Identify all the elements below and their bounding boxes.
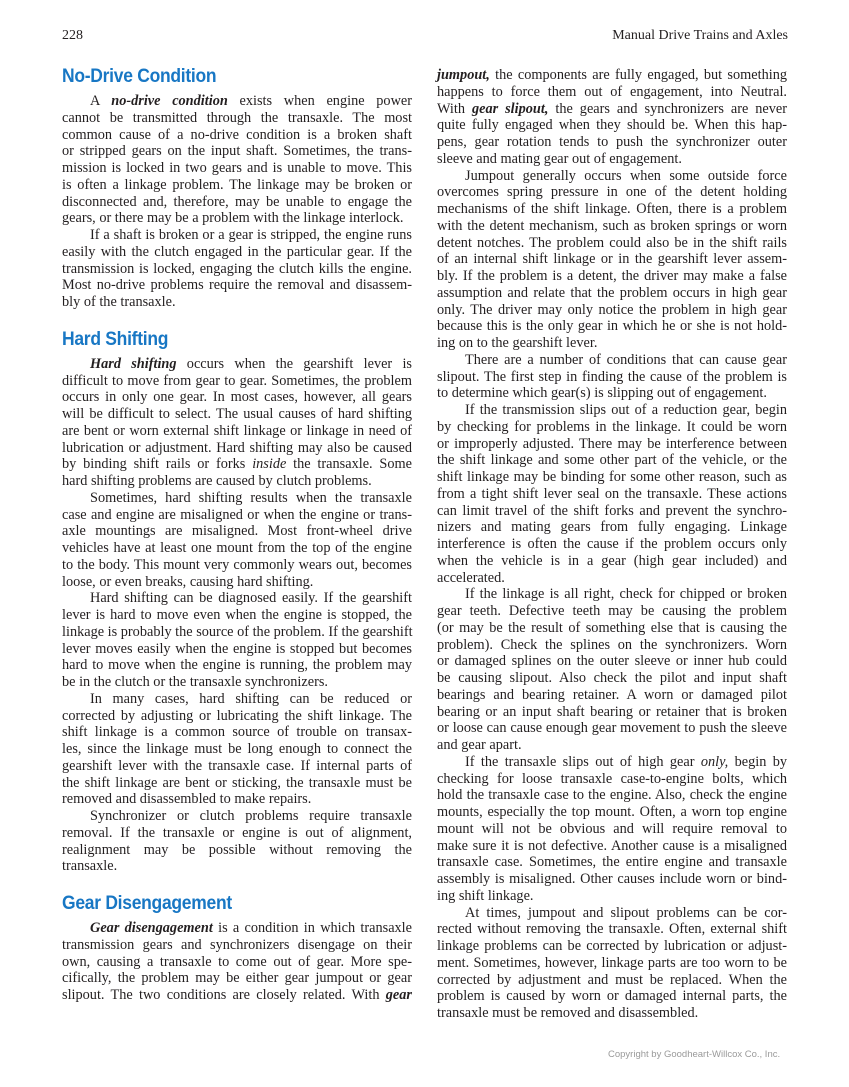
- text-line: accelerated.: [437, 570, 787, 587]
- key-term: jumpout,: [437, 67, 490, 83]
- text-line: Hard shifting can be diagnosed easily. I…: [62, 590, 412, 607]
- text-line: detent notches. The problem could also b…: [437, 235, 787, 252]
- text-line: jumpout, the components are fully engage…: [437, 67, 787, 84]
- text-line: interference is often the cause if the p…: [437, 536, 787, 553]
- text-line: bearings and bearing retainer. A worn or…: [437, 687, 787, 704]
- section-heading-hard-shifting: Hard Shifting: [62, 329, 384, 356]
- text-line: transmission gears and synchronizers dis…: [62, 937, 412, 954]
- paragraph: If the transmission slips out of a reduc…: [437, 402, 787, 586]
- running-title: Manual Drive Trains and Axles: [612, 28, 788, 44]
- text-line: can limit travel of the shift forks and …: [437, 503, 787, 520]
- text-line: of an internal shift linkage or in the g…: [437, 251, 787, 268]
- text-line: nizers and mating gears from fully engag…: [437, 519, 787, 536]
- text-line: will be difficult to select. The usual c…: [62, 406, 412, 423]
- text-line: and gear apart.: [437, 737, 787, 754]
- text-line: slipout. The first step in finding the c…: [437, 369, 787, 386]
- text-line: pens, gear rotation tends to push the sy…: [437, 134, 787, 151]
- text-line: checking for loose transaxle case-to-eng…: [437, 771, 787, 788]
- text-line: to determine which gear(s) is slipping o…: [437, 385, 787, 402]
- key-term: gear: [386, 987, 412, 1003]
- text-line: mechanisms of the shift linkage. Often, …: [437, 201, 787, 218]
- text-line: (or may be the result of something else …: [437, 620, 787, 637]
- text-line: lever is hard to move even when the engi…: [62, 607, 412, 624]
- text-line: transaxle.: [62, 858, 412, 875]
- text-line: mission is locked in two gears and is un…: [62, 160, 412, 177]
- text-line: mounts, especially the top mount. Often,…: [437, 804, 787, 821]
- text-line: ing on to the gearshift lever.: [437, 335, 787, 352]
- text-line: corrected by adjusting or lubricating th…: [62, 708, 412, 725]
- text-line: assumption and relate that the problem o…: [437, 285, 787, 302]
- text-line: hard shifting problems are caused by clu…: [62, 473, 412, 490]
- text-line: with the detent mechanism, such as broke…: [437, 218, 787, 235]
- text-line: happens to force them out of engagement,…: [437, 84, 787, 101]
- text-line: occurs in only one gear. In most cases, …: [62, 389, 412, 406]
- text-line: corrected by adjustment and must be repl…: [437, 972, 787, 989]
- text-line: axle mountings are misaligned. Most fron…: [62, 523, 412, 540]
- text-line: If the transaxle slips out of high gear …: [437, 754, 787, 771]
- text-line: bly. If the problem is a detent, the dri…: [437, 268, 787, 285]
- text-line: realignment may be possible without remo…: [62, 842, 412, 859]
- text-line: because this is the only gear in which h…: [437, 318, 787, 335]
- text-line: gears, or there may be a problem with th…: [62, 210, 412, 227]
- text-line: by checking for problems in the linkage.…: [437, 419, 787, 436]
- text-line: If the transmission slips out of a reduc…: [437, 402, 787, 419]
- text-line: assembly is misaligned. Other causes inc…: [437, 871, 787, 888]
- section-heading-no-drive: No-Drive Condition: [62, 66, 384, 93]
- emphasis: only,: [701, 754, 728, 770]
- paragraph: Synchronizer or clutch problems require …: [62, 808, 412, 875]
- text-line: quite fully engaged when they should be.…: [437, 117, 787, 134]
- paragraph: If the linkage is all right, check for c…: [437, 586, 787, 754]
- text-line: to the body. This mount very commonly we…: [62, 557, 412, 574]
- text-line: or damaged splines on the outer sleeve o…: [437, 653, 787, 670]
- text-line: by binding shift rails or forks inside t…: [62, 456, 412, 473]
- text-line: sleeve and mating gear out of engagement…: [437, 151, 787, 168]
- paragraph: Hard shifting occurs when the gearshift …: [62, 356, 412, 490]
- text-line: hard to move when the engine is running,…: [62, 657, 412, 674]
- emphasis: inside: [252, 456, 286, 472]
- text-line: ing shift linkage.: [437, 888, 787, 905]
- paragraph: A no-drive condition exists when engine …: [62, 93, 412, 227]
- text-line: case and engine are misaligned or when t…: [62, 507, 412, 524]
- text-line: Sometimes, hard shifting results when th…: [62, 490, 412, 507]
- text-line: be in the clutch or the transaxle synchr…: [62, 674, 412, 691]
- paragraph: In many cases, hard shifting can be redu…: [62, 691, 412, 808]
- text-line: problem is caused by worn or damaged int…: [437, 988, 787, 1005]
- text-line: transaxle case. Sometimes, the entire en…: [437, 854, 787, 871]
- text-line: mount will not be obvious and will requi…: [437, 821, 787, 838]
- text-line: make sure it is not defective. Another c…: [437, 838, 787, 855]
- paragraph: Hard shifting can be diagnosed easily. I…: [62, 590, 412, 691]
- text-line: At times, jumpout and slipout problems c…: [437, 905, 787, 922]
- text-line: lubrication or adjustment. Hard shifting…: [62, 440, 412, 457]
- text-line: If the linkage is all right, check for c…: [437, 586, 787, 603]
- text-line: difficult to move from gear to gear. Som…: [62, 373, 412, 390]
- text-line: problem). Check the splines on the synch…: [437, 637, 787, 654]
- paragraph: Gear disengagement is a condition in whi…: [62, 920, 412, 1004]
- text-line: lever moves easily when the engine is st…: [62, 641, 412, 658]
- text-line: transmission is locked, engaging the clu…: [62, 261, 412, 278]
- text-line: slipout. The two conditions are closely …: [62, 987, 412, 1004]
- key-term: Hard shifting: [90, 356, 177, 372]
- paragraph: If a shaft is broken or a gear is stripp…: [62, 227, 412, 311]
- paragraph: Sometimes, hard shifting results when th…: [62, 490, 412, 591]
- text-line: gear teeth. Defective teeth may be causi…: [437, 603, 787, 620]
- text-line: Hard shifting occurs when the gearshift …: [62, 356, 412, 373]
- paragraph: Jumpout generally occurs when some outsi…: [437, 168, 787, 352]
- text-line: common cause of a no-drive condition is …: [62, 127, 412, 144]
- text-line: overcomes spring pressure in one of the …: [437, 184, 787, 201]
- text-line: the shift linkage and some other part of…: [437, 452, 787, 469]
- paragraph: jumpout, the components are fully engage…: [437, 67, 787, 168]
- text-line: There are a number of conditions that ca…: [437, 352, 787, 369]
- text-line: removal. If the transaxle or engine is o…: [62, 825, 412, 842]
- text-line: is often a linkage problem. The linkage …: [62, 177, 412, 194]
- text-line: bearing or an input shaft bearing or ret…: [437, 704, 787, 721]
- text-line: gearshift lever with the transaxle case.…: [62, 758, 412, 775]
- paragraph: At times, jumpout and slipout problems c…: [437, 905, 787, 1022]
- text-line: If a shaft is broken or a gear is stripp…: [62, 227, 412, 244]
- text-line: only. The driver may only notice the pro…: [437, 302, 787, 319]
- text-line: bly of the transaxle.: [62, 294, 412, 311]
- text-line: rected without removing the transaxle. O…: [437, 921, 787, 938]
- text-line: own, causing a transaxle to come out of …: [62, 954, 412, 971]
- text-line: easily with the clutch engaged in the pa…: [62, 244, 412, 261]
- text-line: or improperly adjusted. There may be int…: [437, 436, 787, 453]
- text-line: transaxle must be removed and disassembl…: [437, 1005, 787, 1022]
- section-heading-gear-disengagement: Gear Disengagement: [62, 893, 384, 920]
- text-line: removed and disassembled to make repairs…: [62, 791, 412, 808]
- left-column: No-Drive Condition A no-drive condition …: [62, 66, 412, 1004]
- text-line: ment. Sometimes, however, linkage parts …: [437, 955, 787, 972]
- text-line: vehicles have at least one mount from th…: [62, 540, 412, 557]
- key-term: gear slipout,: [472, 101, 548, 117]
- text-line: from a tight shift lever seal on the tra…: [437, 486, 787, 503]
- text-line: when the vehicle is in a gear (high gear…: [437, 553, 787, 570]
- page-number: 228: [62, 28, 83, 44]
- text-line: A no-drive condition exists when engine …: [62, 93, 412, 110]
- text-line: hold the transaxle case to the engine. A…: [437, 787, 787, 804]
- right-column: jumpout, the components are fully engage…: [437, 67, 787, 1022]
- text-line: Most no-drive problems require the remov…: [62, 277, 412, 294]
- text-line: be causing slipout. Also check the pilot…: [437, 670, 787, 687]
- copyright-notice: Copyright by Goodheart-Willcox Co., Inc.: [608, 1049, 780, 1060]
- text-line: disconnected and, therefore, may be unab…: [62, 194, 412, 211]
- text-line: linkage is probably the source of the pr…: [62, 624, 412, 641]
- text-line: In many cases, hard shifting can be redu…: [62, 691, 412, 708]
- text-line: Gear disengagement is a condition in whi…: [62, 920, 412, 937]
- text-line: cannot be transmitted through the transa…: [62, 110, 412, 127]
- text-line: Synchronizer or clutch problems require …: [62, 808, 412, 825]
- text-line: loose, or even breaks, causing hard shif…: [62, 574, 412, 591]
- text-line: With gear slipout, the gears and synchro…: [437, 101, 787, 118]
- text-line: Jumpout generally occurs when some outsi…: [437, 168, 787, 185]
- text-line: or loose can cause enough gear movement …: [437, 720, 787, 737]
- paragraph: There are a number of conditions that ca…: [437, 352, 787, 402]
- text-line: are bent or worn external shift linkage …: [62, 423, 412, 440]
- text-line: shift linkage is a common source of trou…: [62, 724, 412, 741]
- text-line: the shift linkage are bent or sticking, …: [62, 775, 412, 792]
- text-line: les, since the linkage must be long enou…: [62, 741, 412, 758]
- text-line: or stripped gears on the input shaft. So…: [62, 143, 412, 160]
- text-line: cifically, the problem may be either gea…: [62, 970, 412, 987]
- key-term: no-drive condition: [111, 93, 228, 109]
- key-term: Gear disengagement: [90, 920, 213, 936]
- text-line: shift linkage may be binding for some ot…: [437, 469, 787, 486]
- paragraph: If the transaxle slips out of high gear …: [437, 754, 787, 905]
- text-line: linkage problems can be corrected by lub…: [437, 938, 787, 955]
